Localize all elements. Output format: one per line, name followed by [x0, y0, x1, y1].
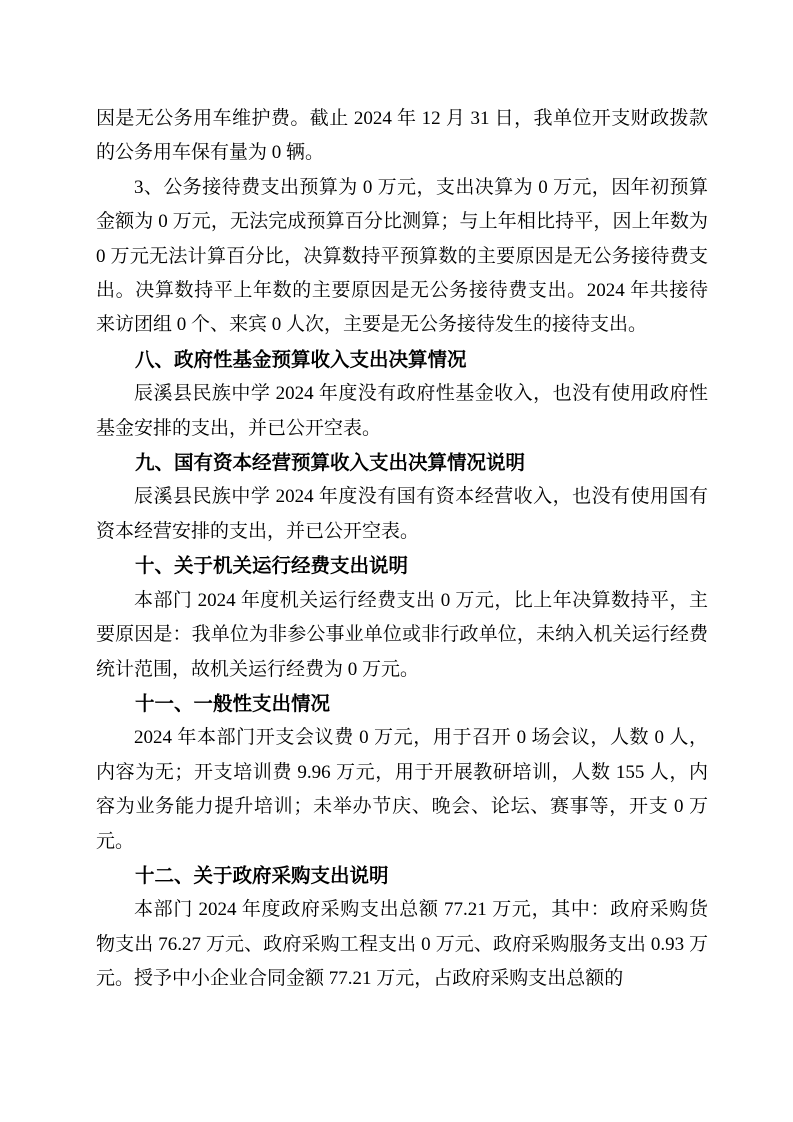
- paragraph: 辰溪县民族中学 2024 年度没有国有资本经营收入，也没有使用国有资本经营安排的…: [96, 480, 708, 549]
- text-content: 因是无公务用车维护费。截止 2024 年 12 月 31 日，我单位开支财政拨款…: [96, 102, 708, 997]
- paragraph: 辰溪县民族中学 2024 年度没有政府性基金收入，也没有使用政府性基金安排的支出…: [96, 377, 708, 446]
- document-page: 因是无公务用车维护费。截止 2024 年 12 月 31 日，我单位开支财政拨款…: [0, 0, 793, 1122]
- section-heading: 八、政府性基金预算收入支出决算情况: [96, 343, 708, 377]
- section-heading: 十一、一般性支出情况: [96, 687, 708, 721]
- paragraph: 2024 年本部门开支会议费 0 万元，用于召开 0 场会议，人数 0 人，内容…: [96, 721, 708, 859]
- paragraph: 因是无公务用车维护费。截止 2024 年 12 月 31 日，我单位开支财政拨款…: [96, 102, 708, 171]
- section-heading: 九、国有资本经营预算收入支出决算情况说明: [96, 446, 708, 480]
- section-heading: 十二、关于政府采购支出说明: [96, 859, 708, 893]
- section-heading: 十、关于机关运行经费支出说明: [96, 549, 708, 583]
- paragraph: 本部门 2024 年度政府采购支出总额 77.21 万元，其中：政府采购货物支出…: [96, 893, 708, 996]
- paragraph: 本部门 2024 年度机关运行经费支出 0 万元，比上年决算数持平，主要原因是：…: [96, 584, 708, 687]
- paragraph: 3、公务接待费支出预算为 0 万元，支出决算为 0 万元，因年初预算金额为 0 …: [96, 171, 708, 343]
